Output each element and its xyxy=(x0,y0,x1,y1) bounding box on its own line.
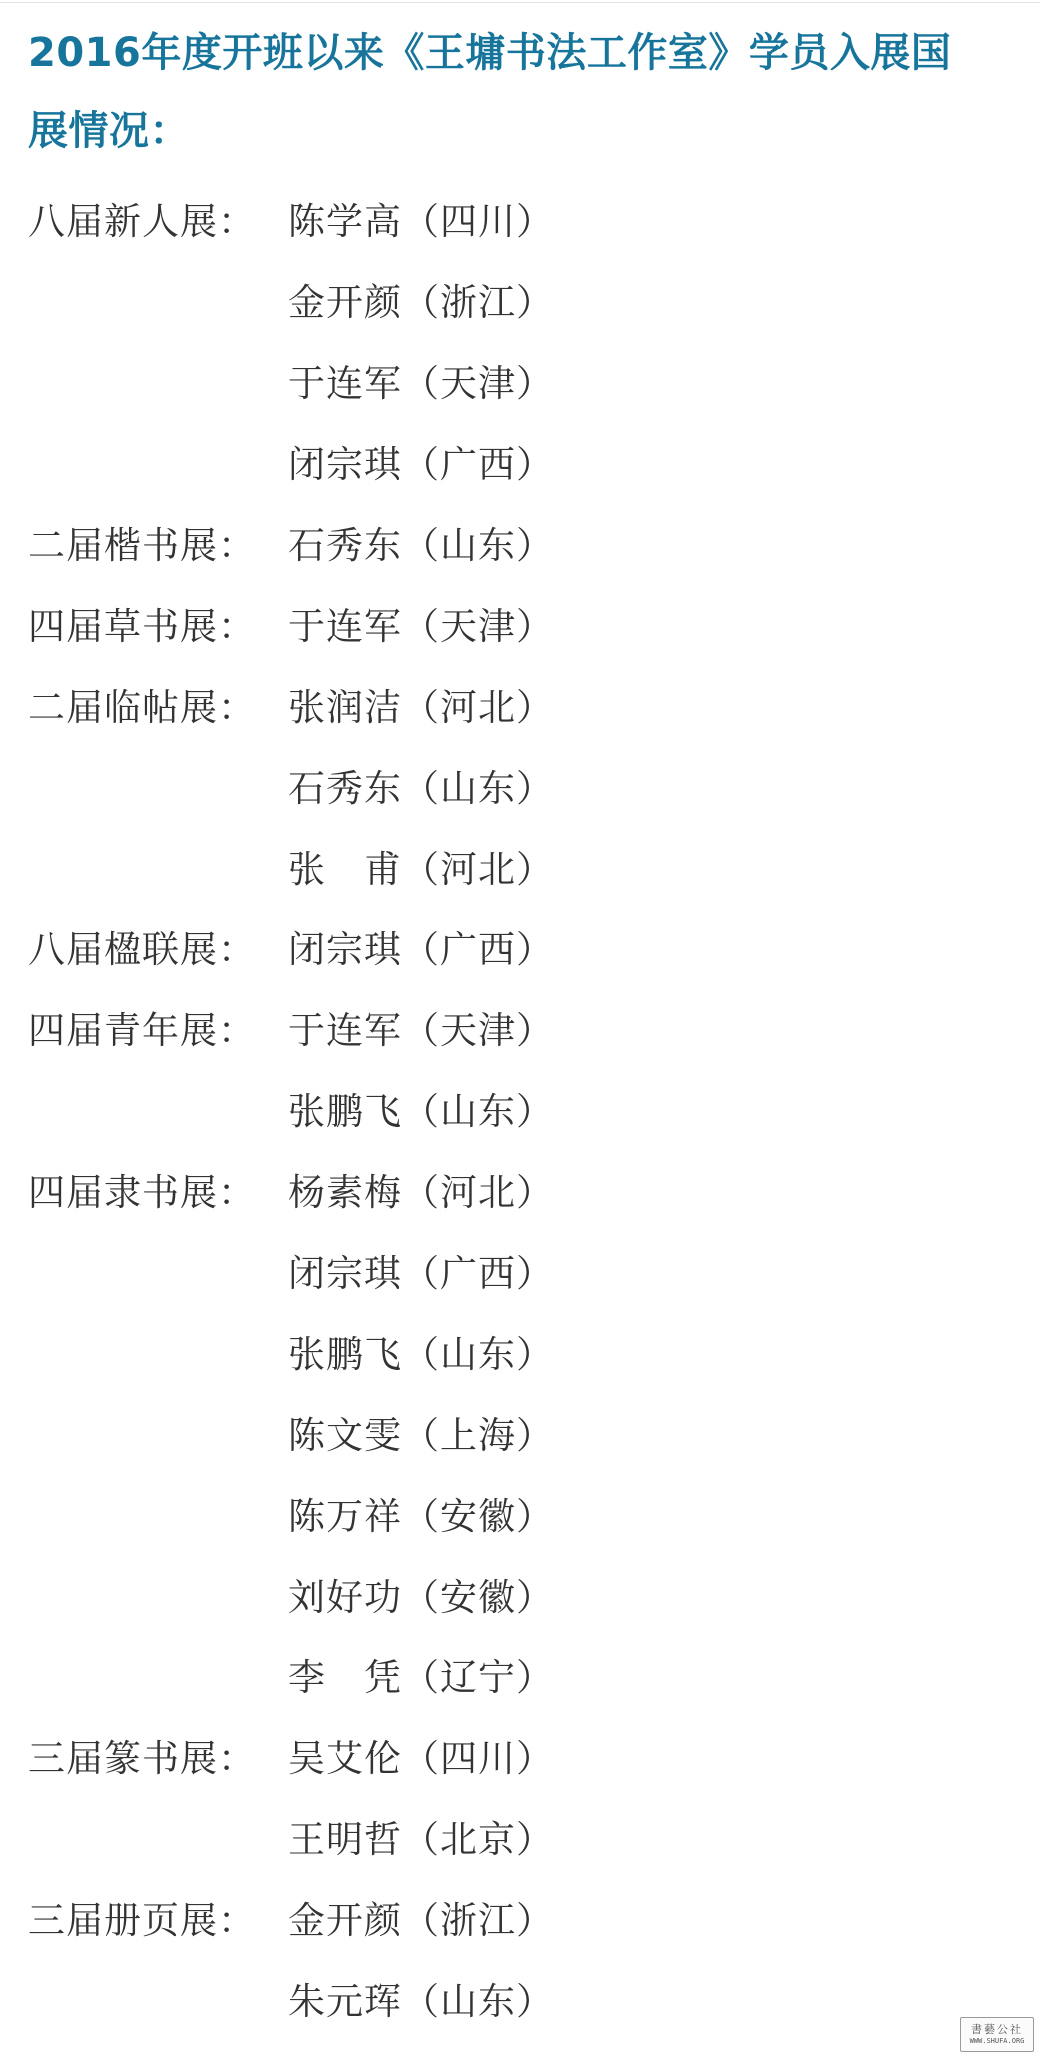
exhibition-label: 四届隶书展： xyxy=(28,1162,288,1216)
student-entry: 杨素梅（河北） xyxy=(288,1162,554,1216)
list-item: 八届新人展：陈学高（四川） xyxy=(28,178,1008,259)
list-item: 于连军（天津） xyxy=(28,340,1008,421)
student-entry: 石秀东（山东） xyxy=(288,515,554,569)
top-divider xyxy=(0,2,1040,3)
student-entry: 于连军（天津） xyxy=(288,596,554,650)
list-item: 石秀东（山东） xyxy=(28,744,1008,825)
exhibition-label: 四届青年展： xyxy=(28,1000,288,1054)
student-entry: 张 甫（河北） xyxy=(288,839,554,893)
student-entry: 闭宗琪（广西） xyxy=(288,1243,554,1297)
student-entry: 于连军（天津） xyxy=(288,353,554,407)
student-entry: 刘好功（安徽） xyxy=(288,1567,554,1621)
student-entry: 王明哲（北京） xyxy=(288,1809,554,1863)
student-entry: 金开颜（浙江） xyxy=(288,1890,554,1944)
list-item: 四届青年展：于连军（天津） xyxy=(28,987,1008,1068)
list-item: 朱元珲（山东） xyxy=(28,1958,1008,2039)
title-line-1: 2016年度开班以来《王墉书法工作室》学员入展国 xyxy=(28,30,951,76)
list-item: 张 甫（河北） xyxy=(28,825,1008,906)
list-item: 张鹏飞（山东） xyxy=(28,1068,1008,1149)
title-line-2: 展情况： xyxy=(28,108,190,154)
list-item: 二届楷书展：石秀东（山东） xyxy=(28,502,1008,583)
student-entry: 金开颜（浙江） xyxy=(288,272,554,326)
student-entry: 闭宗琪（广西） xyxy=(288,434,554,488)
student-entry: 张鹏飞（山东） xyxy=(288,1324,554,1378)
student-entry: 陈学高（四川） xyxy=(288,191,554,245)
list-item: 陈万祥（安徽） xyxy=(28,1472,1008,1553)
student-entry: 吴艾伦（四川） xyxy=(288,1728,554,1782)
exhibition-label: 三届册页展： xyxy=(28,1890,288,1944)
list-item: 二届临帖展：张润洁（河北） xyxy=(28,663,1008,744)
list-item: 闭宗琪（广西） xyxy=(28,421,1008,502)
watermark-url: WWW.SHUFA.ORG xyxy=(970,2036,1025,2046)
exhibition-label: 二届临帖展： xyxy=(28,677,288,731)
list-item: 闭宗琪（广西） xyxy=(28,1230,1008,1311)
student-entry: 陈万祥（安徽） xyxy=(288,1486,554,1540)
exhibition-label: 四届草书展： xyxy=(28,596,288,650)
student-entry: 李 凭（辽宁） xyxy=(288,1647,554,1701)
list-item: 金开颜（浙江） xyxy=(28,259,1008,340)
page-title: 2016年度开班以来《王墉书法工作室》学员入展国展情况： xyxy=(28,14,1028,170)
student-entry: 张鹏飞（山东） xyxy=(288,1081,554,1135)
list-item: 三届册页展：金开颜（浙江） xyxy=(28,1877,1008,1958)
list-item: 陈文雯（上海） xyxy=(28,1391,1008,1472)
watermark-logo: 書藝公社 WWW.SHUFA.ORG xyxy=(960,2017,1034,2052)
list-item: 四届草书展：于连军（天津） xyxy=(28,582,1008,663)
student-entry: 张润洁（河北） xyxy=(288,677,554,731)
student-entry: 朱元珲（山东） xyxy=(288,1971,554,2025)
list-item: 三届篆书展：吴艾伦（四川） xyxy=(28,1715,1008,1796)
exhibition-label: 三届篆书展： xyxy=(28,1728,288,1782)
list-item: 李 凭（辽宁） xyxy=(28,1634,1008,1715)
student-entry: 陈文雯（上海） xyxy=(288,1405,554,1459)
list-item: 张鹏飞（山东） xyxy=(28,1310,1008,1391)
exhibition-label: 八届新人展： xyxy=(28,191,288,245)
exhibition-label: 二届楷书展： xyxy=(28,515,288,569)
student-entry: 石秀东（山东） xyxy=(288,758,554,812)
exhibition-label: 八届楹联展： xyxy=(28,919,288,973)
list-item: 八届楹联展：闭宗琪（广西） xyxy=(28,906,1008,987)
student-entry: 于连军（天津） xyxy=(288,1000,554,1054)
exhibition-list: 八届新人展：陈学高（四川） 金开颜（浙江） 于连军（天津） 闭宗琪（广西） 二届… xyxy=(28,178,1008,2038)
watermark-name: 書藝公社 xyxy=(971,2023,1023,2036)
list-item: 王明哲（北京） xyxy=(28,1796,1008,1877)
student-entry: 闭宗琪（广西） xyxy=(288,919,554,973)
list-item: 刘好功（安徽） xyxy=(28,1553,1008,1634)
list-item: 四届隶书展：杨素梅（河北） xyxy=(28,1149,1008,1230)
